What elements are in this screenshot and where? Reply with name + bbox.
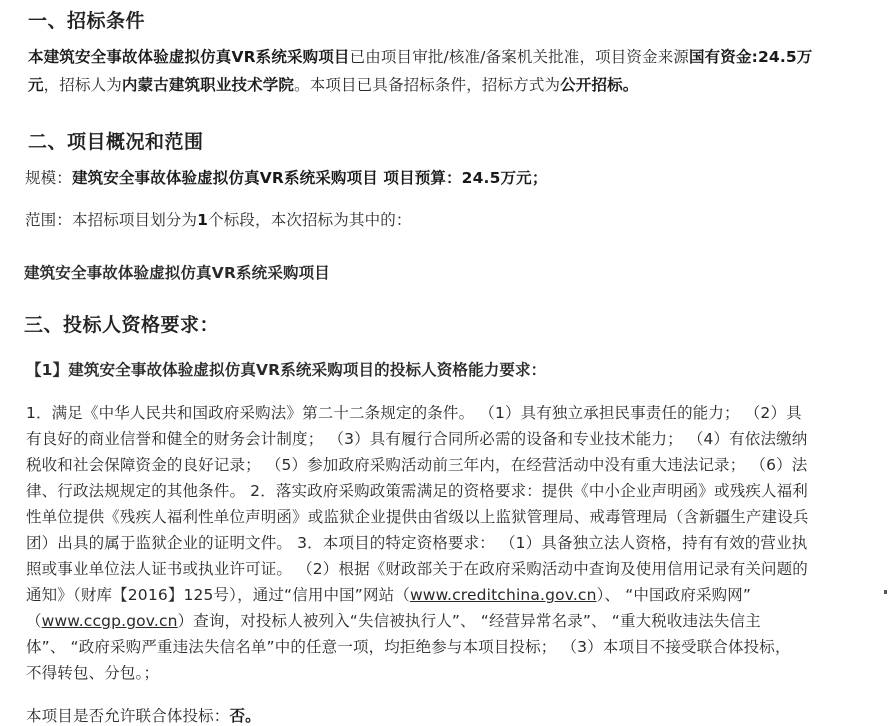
document-page: 一、招标条件 本建筑安全事故体验虚拟仿真VR系统采购项目已由项目审批/核准/备案…: [0, 0, 896, 726]
tenderer-label: ，招标人为: [44, 76, 122, 94]
lot-count: 1: [197, 211, 208, 229]
requirement-text: 通知》（财库【2016】125号），通过“信用中国”网站（: [26, 586, 410, 604]
requirement-line: 律、行政法规规定的其他条件。 2．落实政府采购政策需满足的资格要求：提供《中小企…: [26, 479, 808, 501]
project-name: 本建筑安全事故体验虚拟仿真VR系统采购项目: [28, 48, 350, 66]
consortium-value: 否。: [229, 707, 260, 725]
scale-value: 建筑安全事故体验虚拟仿真VR系统采购项目 项目预算：24.5万元；: [72, 169, 548, 187]
approval-text: 已由项目审批/核准/备案机关批准，项目资金来源: [350, 48, 689, 66]
section-heading-2: 二、项目概况和范围: [28, 127, 204, 154]
scale-line: 规模：建筑安全事故体验虚拟仿真VR系统采购项目 项目预算：24.5万元；: [25, 166, 547, 188]
requirement-line: 照或事业单位法人证书或执业许可证。 （2）根据《财政部关于在政府采购活动中查询及…: [26, 557, 808, 579]
bidding-method: 公开招标: [560, 76, 623, 94]
section-heading-3: 三、投标人资格要求：: [24, 310, 219, 337]
scale-label: 规模：: [25, 169, 72, 187]
scan-artifact: [884, 590, 887, 594]
requirement-line: 团）出具的属于监狱企业的证明文件。 3．本项目的特定资格要求： （1）具备独立法…: [26, 531, 807, 553]
funding-unit: 元: [28, 76, 44, 94]
requirement-line: 税收和社会保障资金的良好记录； （5）参加政府采购活动前三年内，在经营活动中没有…: [26, 453, 807, 475]
period: 。: [623, 76, 639, 94]
requirement-text: ）、 “中国政府采购网”: [597, 586, 752, 604]
requirement-text: ）查询，对投标人被列入“失信被执行人”、 “经营异常名录”、 “重大税收违法失信…: [178, 612, 761, 630]
scope-text: 范围：本招标项目划分为: [25, 211, 197, 229]
scope-text-end: 个标段，本次招标为其中的：: [208, 211, 411, 229]
requirement-text: （: [26, 612, 42, 630]
requirement-line: 有良好的商业信誉和健全的财务会计制度； （3）具有履行合同所必需的设备和专业技术…: [26, 427, 807, 449]
consortium-label: 本项目是否允许联合体投标：: [26, 707, 229, 725]
section1-paragraph-line1: 本建筑安全事故体验虚拟仿真VR系统采购项目已由项目审批/核准/备案机关批准，项目…: [28, 45, 812, 67]
requirement-line: 体”、 “政府采购严重违法失信名单”中的任意一项，均拒绝参与本项目投标； （3）…: [26, 635, 791, 657]
scope-line: 范围：本招标项目划分为1个标段，本次招标为其中的：: [25, 208, 412, 230]
qualification-subheading: 【1】建筑安全事故体验虚拟仿真VR系统采购项目的投标人资格能力要求：: [26, 358, 546, 380]
requirement-line-creditchina: 通知》（财库【2016】125号），通过“信用中国”网站（www.creditc…: [26, 583, 751, 605]
requirement-line: 不得转包、分包。；: [26, 661, 159, 683]
consortium-line: 本项目是否允许联合体投标：否。: [26, 704, 261, 726]
requirement-line: 性单位提供《残疾人福利性单位声明函》或监狱企业提供由省级以上监狱管理局、戒毒管理…: [26, 505, 809, 527]
requirement-line: 1．满足《中华人民共和国政府采购法》第二十二条规定的条件。 （1）具有独立承担民…: [26, 401, 802, 423]
bidding-method-label: 。本项目已具备招标条件，招标方式为: [294, 76, 560, 94]
tenderer-name: 内蒙古建筑职业技术学院: [122, 76, 294, 94]
creditchina-link[interactable]: www.creditchina.gov.cn: [410, 586, 597, 604]
funding-source: 国有资金:24.5万: [689, 48, 812, 66]
lot-name: 建筑安全事故体验虚拟仿真VR系统采购项目: [24, 261, 330, 283]
section-heading-1: 一、招标条件: [28, 6, 145, 33]
requirement-line-ccgp: （www.ccgp.gov.cn）查询，对投标人被列入“失信被执行人”、 “经营…: [26, 609, 761, 631]
ccgp-link[interactable]: www.ccgp.gov.cn: [42, 612, 178, 630]
section1-paragraph-line2: 元，招标人为内蒙古建筑职业技术学院。本项目已具备招标条件，招标方式为公开招标。: [28, 73, 638, 95]
